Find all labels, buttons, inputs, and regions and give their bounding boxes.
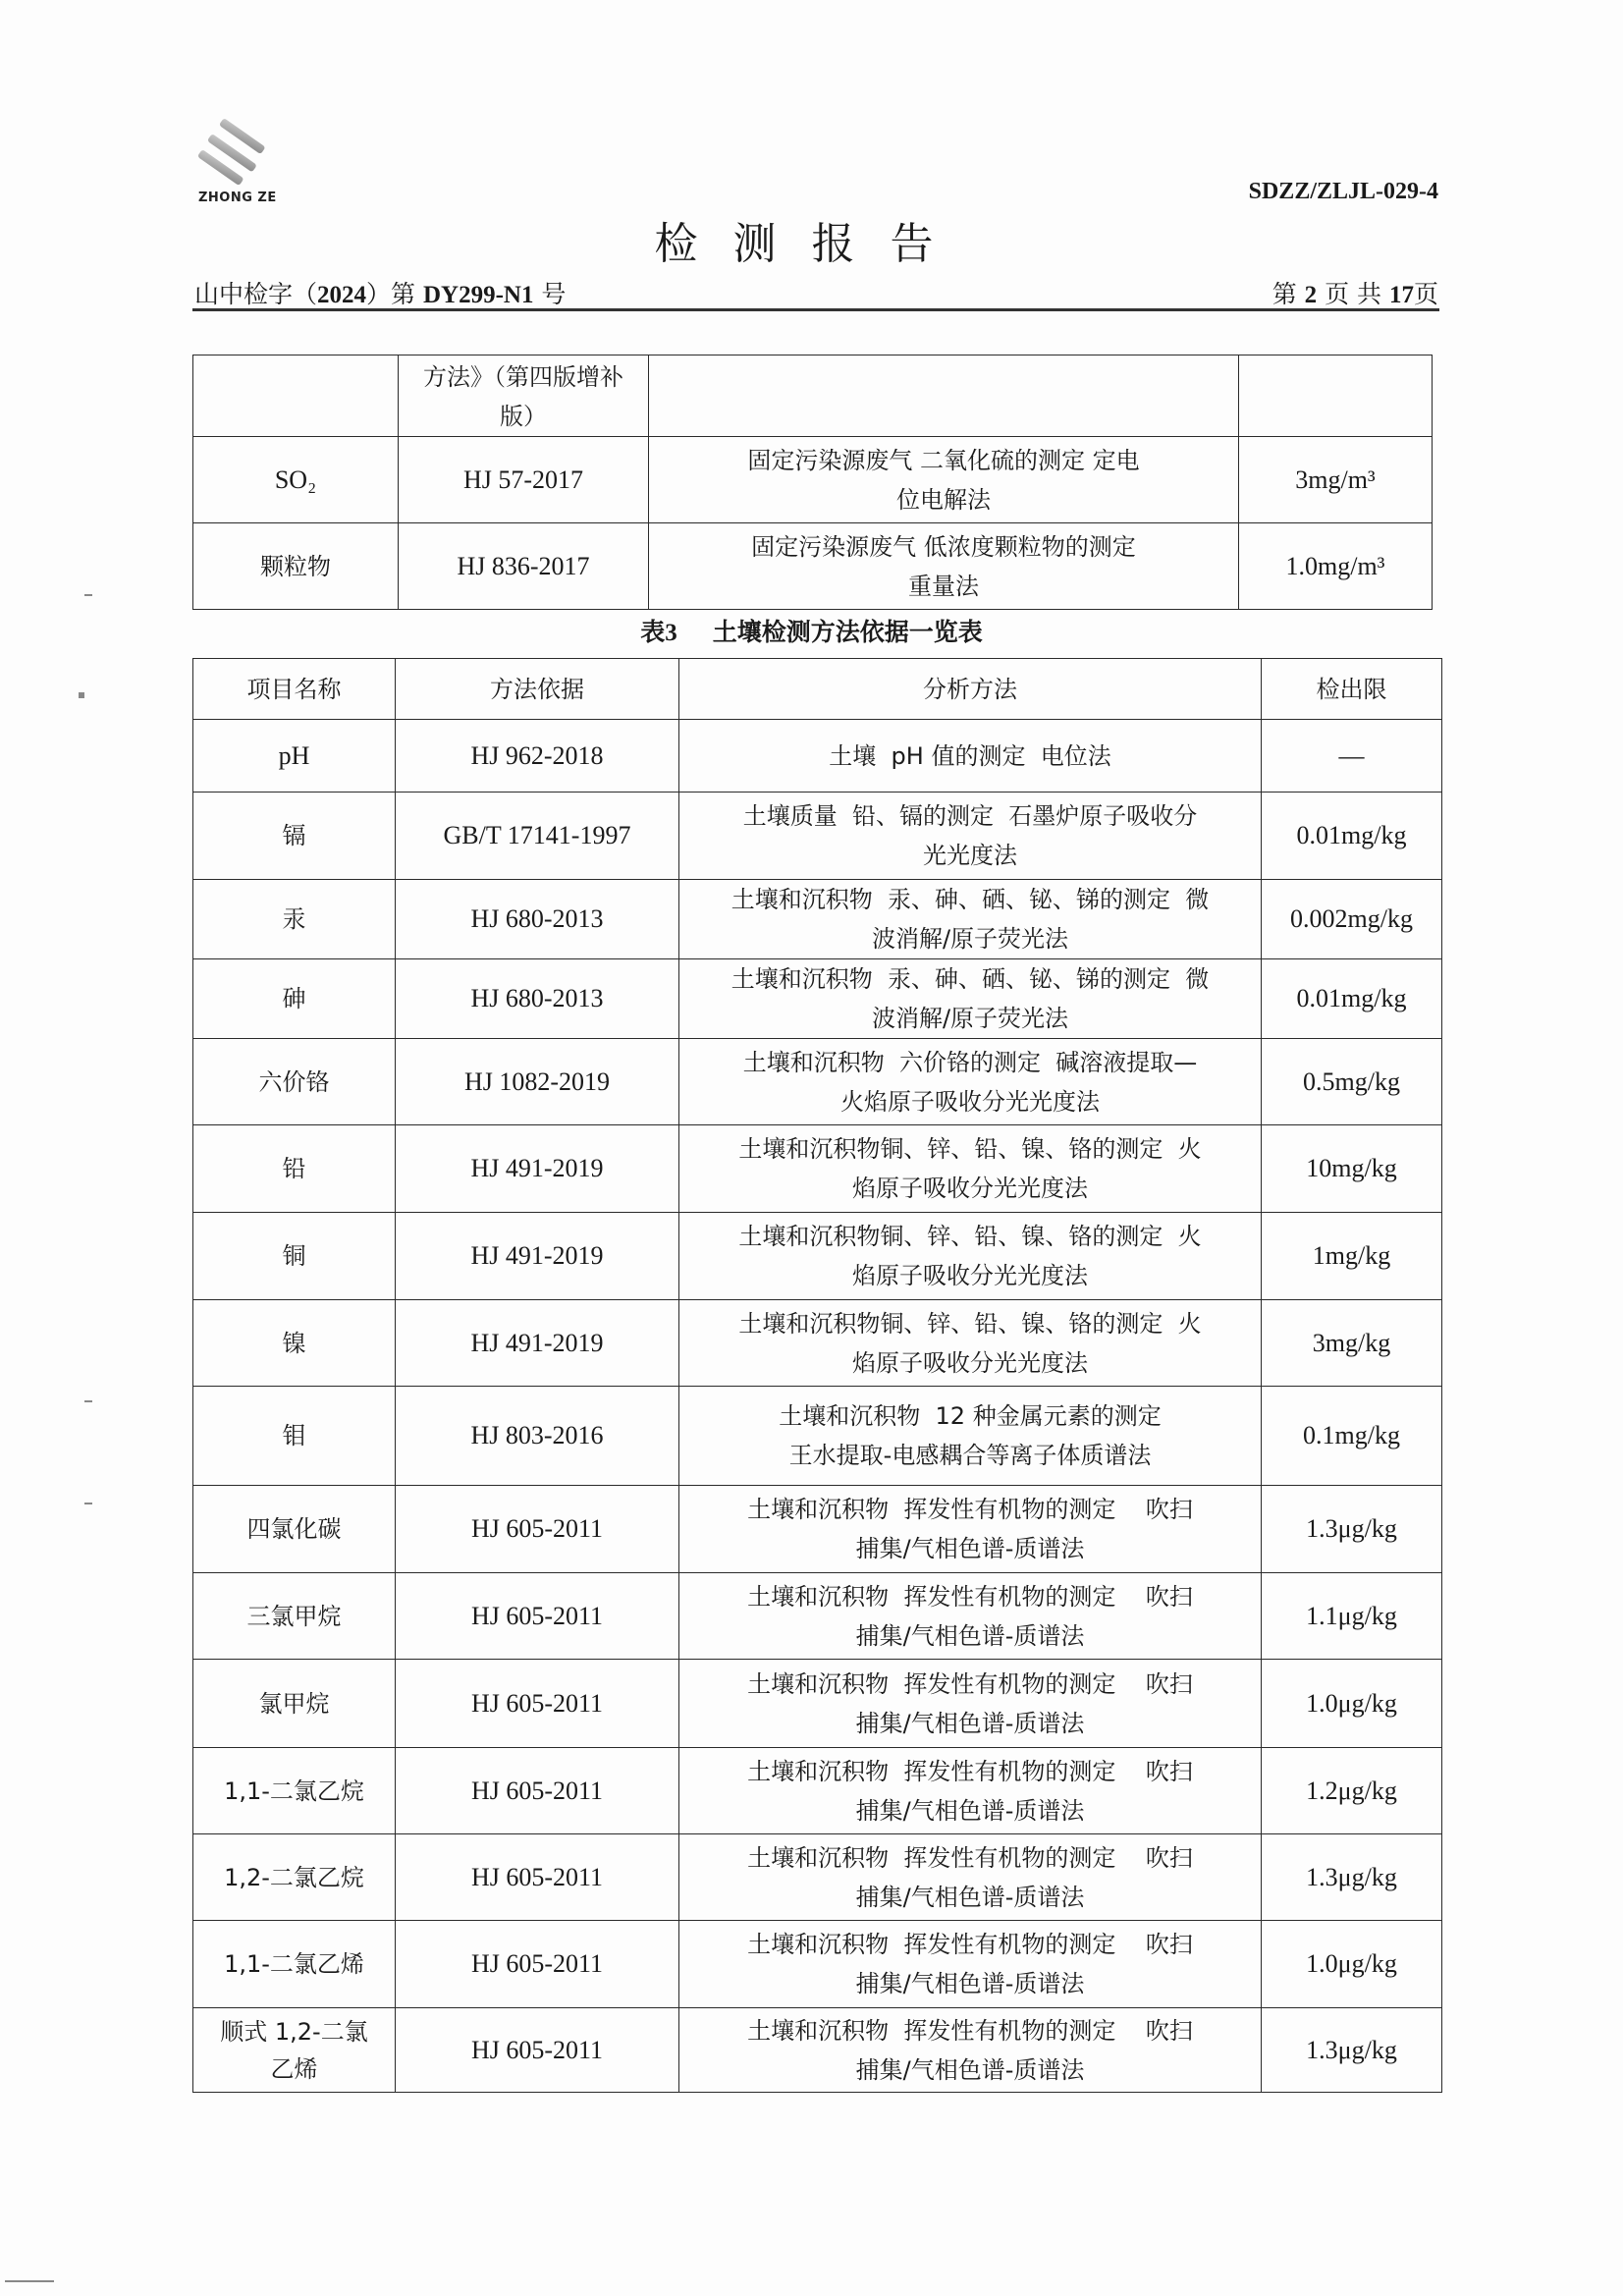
basis-cell: HJ 605-2011 — [396, 1486, 679, 1573]
item-cell: 砷 — [193, 959, 396, 1039]
limit-cell: 0.01mg/kg — [1262, 959, 1442, 1039]
limit-cell: 0.5mg/kg — [1262, 1039, 1442, 1125]
limit-cell — [1239, 355, 1433, 437]
table-row: 颗粒物 HJ 836-2017 固定污染源废气 低浓度颗粒物的测定重量法 1.0… — [193, 523, 1433, 610]
table-row: 六价铬HJ 1082-2019土壤和沉积物 六价铬的测定 碱溶液提取—火焰原子吸… — [193, 1039, 1442, 1125]
document-code: SDZZ/ZLJL-029-4 — [1249, 179, 1438, 205]
limit-cell: 10mg/kg — [1262, 1125, 1442, 1213]
item-cell: 镍 — [193, 1300, 396, 1387]
item-cell — [193, 355, 399, 437]
scan-mark — [84, 1400, 92, 1402]
table-row: 氯甲烷HJ 605-2011土壤和沉积物 挥发性有机物的测定 吹扫捕集/气相色谱… — [193, 1660, 1442, 1748]
table-row: 镍HJ 491-2019土壤和沉积物铜、锌、铅、镍、铬的测定 火焰原子吸收分光光… — [193, 1300, 1442, 1387]
basis-cell: HJ 491-2019 — [396, 1213, 679, 1300]
method-line: 焰原子吸收分光光度法 — [693, 1343, 1247, 1383]
table-row: 顺式 1,2-二氯乙烯HJ 605-2011土壤和沉积物 挥发性有机物的测定 吹… — [193, 2008, 1442, 2093]
method-cell: 土壤和沉积物 挥发性有机物的测定 吹扫捕集/气相色谱-质谱法 — [679, 1834, 1262, 1921]
basis-cell: HJ 962-2018 — [396, 720, 679, 793]
method-line: 捕集/气相色谱-质谱法 — [693, 1791, 1247, 1831]
basis-cell: HJ 1082-2019 — [396, 1039, 679, 1125]
method-cell: 土壤质量 铅、镉的测定 石墨炉原子吸收分光光度法 — [679, 793, 1262, 880]
report-number-suffix: 号 — [533, 280, 566, 308]
method-cell: 土壤和沉积物铜、锌、铅、镍、铬的测定 火焰原子吸收分光光度法 — [679, 1300, 1262, 1387]
method-line: 土壤 pH 值的测定 电位法 — [693, 737, 1247, 776]
table-header-row: 项目名称 方法依据 分析方法 检出限 — [193, 659, 1442, 720]
limit-cell: 0.002mg/kg — [1262, 880, 1442, 959]
table-row: 1,1-二氯乙烯HJ 605-2011土壤和沉积物 挥发性有机物的测定 吹扫捕集… — [193, 1921, 1442, 2008]
method-line: 土壤和沉积物 挥发性有机物的测定 吹扫 — [693, 1925, 1247, 1964]
method-line: 土壤和沉积物 汞、砷、硒、铋、锑的测定 微 — [693, 959, 1247, 999]
method-cell: 土壤和沉积物 汞、砷、硒、铋、锑的测定 微波消解/原子荧光法 — [679, 959, 1262, 1039]
method-line: 王水提取-电感耦合等离子体质谱法 — [693, 1436, 1247, 1475]
report-number-prefix: 山中检字（ — [194, 280, 317, 308]
method-line: 固定污染源废气 二氧化硫的测定 定电 — [663, 441, 1224, 480]
method-cell: 土壤和沉积物铜、锌、铅、镍、铬的测定 火焰原子吸收分光光度法 — [679, 1125, 1262, 1213]
method-cell: 土壤和沉积物 挥发性有机物的测定 吹扫捕集/气相色谱-质谱法 — [679, 1748, 1262, 1834]
basis-cell: HJ 605-2011 — [396, 1834, 679, 1921]
method-line: 土壤质量 铅、镉的测定 石墨炉原子吸收分 — [693, 796, 1247, 836]
method-line: 土壤和沉积物铜、锌、铅、镍、铬的测定 火 — [693, 1129, 1247, 1169]
method-cell — [649, 355, 1239, 437]
method-line: 捕集/气相色谱-质谱法 — [693, 1704, 1247, 1743]
basis-cell: HJ 491-2019 — [396, 1125, 679, 1213]
item-cell: 氯甲烷 — [193, 1660, 396, 1748]
table3-caption: 表3土壤检测方法依据一览表 — [0, 613, 1623, 648]
method-cell: 土壤 pH 值的测定 电位法 — [679, 720, 1262, 793]
method-cell: 土壤和沉积物 六价铬的测定 碱溶液提取—火焰原子吸收分光光度法 — [679, 1039, 1262, 1125]
caption-number: 3 — [665, 620, 677, 646]
item-cell: 六价铬 — [193, 1039, 396, 1125]
page-title: 检测报告 — [0, 208, 1623, 271]
item-cell: 铅 — [193, 1125, 396, 1213]
limit-cell: 1.2μg/kg — [1262, 1748, 1442, 1834]
header-divider — [192, 308, 1439, 311]
report-number-year: 2024 — [317, 282, 366, 308]
table-row: 1,1-二氯乙烷HJ 605-2011土壤和沉积物 挥发性有机物的测定 吹扫捕集… — [193, 1748, 1442, 1834]
report-number: 山中检字（2024）第 DY299-N1 号 — [194, 275, 566, 310]
item-line: 顺式 1,2-二氯 — [207, 2013, 381, 2050]
page-label-prefix: 第 — [1272, 280, 1305, 308]
limit-cell: 3mg/m³ — [1239, 437, 1433, 523]
basis-cell: HJ 680-2013 — [396, 880, 679, 959]
table-row: SO₂ HJ 57-2017 固定污染源废气 二氧化硫的测定 定电位电解法 3m… — [193, 437, 1433, 523]
table2-continued: 方法》（第四版增补版） SO₂ HJ 57-2017 固定污染源废气 二氧化硫的… — [192, 355, 1433, 610]
item-cell: pH — [193, 720, 396, 793]
method-line: 火焰原子吸收分光光度法 — [693, 1082, 1247, 1121]
table-row: 方法》（第四版增补版） — [193, 355, 1433, 437]
method-line: 捕集/气相色谱-质谱法 — [693, 1964, 1247, 2003]
method-line: 波消解/原子荧光法 — [693, 919, 1247, 958]
item-cell: 1,1-二氯乙烯 — [193, 1921, 396, 2008]
basis-cell: 方法》（第四版增补版） — [399, 355, 649, 437]
limit-cell: — — [1262, 720, 1442, 793]
method-line: 波消解/原子荧光法 — [693, 999, 1247, 1038]
logo-stripes-icon — [192, 116, 300, 194]
caption-prefix: 表 — [640, 618, 665, 646]
page-current: 2 — [1305, 282, 1318, 308]
page-label-suffix: 页 — [1414, 280, 1438, 308]
basis-cell: HJ 605-2011 — [396, 1573, 679, 1660]
method-cell: 土壤和沉积物 12 种金属元素的测定王水提取-电感耦合等离子体质谱法 — [679, 1387, 1262, 1486]
table-row: 汞HJ 680-2013土壤和沉积物 汞、砷、硒、铋、锑的测定 微波消解/原子荧… — [193, 880, 1442, 959]
method-cell: 土壤和沉积物铜、锌、铅、镍、铬的测定 火焰原子吸收分光光度法 — [679, 1213, 1262, 1300]
table-row: 镉GB/T 17141-1997土壤质量 铅、镉的测定 石墨炉原子吸收分光光度法… — [193, 793, 1442, 880]
limit-cell: 3mg/kg — [1262, 1300, 1442, 1387]
basis-cell: HJ 605-2011 — [396, 1921, 679, 2008]
limit-cell: 1.1μg/kg — [1262, 1573, 1442, 1660]
page-indicator: 第 2 页 共 17页 — [1272, 275, 1438, 310]
method-cell: 土壤和沉积物 挥发性有机物的测定 吹扫捕集/气相色谱-质谱法 — [679, 1573, 1262, 1660]
item-cell: 铜 — [193, 1213, 396, 1300]
basis-cell: HJ 836-2017 — [399, 523, 649, 610]
method-line: 焰原子吸收分光光度法 — [693, 1256, 1247, 1295]
limit-cell: 1.0mg/m³ — [1239, 523, 1433, 610]
company-logo: ZHONG ZE — [192, 116, 300, 209]
scan-mark — [84, 1503, 92, 1504]
table-row: 四氯化碳HJ 605-2011土壤和沉积物 挥发性有机物的测定 吹扫捕集/气相色… — [193, 1486, 1442, 1573]
method-line: 捕集/气相色谱-质谱法 — [693, 2050, 1247, 2090]
method-line: 重量法 — [663, 567, 1224, 606]
method-cell: 土壤和沉积物 挥发性有机物的测定 吹扫捕集/气相色谱-质谱法 — [679, 1486, 1262, 1573]
table-row: 钼HJ 803-2016土壤和沉积物 12 种金属元素的测定王水提取-电感耦合等… — [193, 1387, 1442, 1486]
item-cell: 镉 — [193, 793, 396, 880]
method-cell: 固定污染源废气 低浓度颗粒物的测定重量法 — [649, 523, 1239, 610]
method-line: 土壤和沉积物 挥发性有机物的测定 吹扫 — [693, 1490, 1247, 1529]
limit-cell: 1.0μg/kg — [1262, 1660, 1442, 1748]
method-line: 土壤和沉积物 12 种金属元素的测定 — [693, 1396, 1247, 1436]
method-cell: 土壤和沉积物 挥发性有机物的测定 吹扫捕集/气相色谱-质谱法 — [679, 2008, 1262, 2093]
table-row: 三氯甲烷HJ 605-2011土壤和沉积物 挥发性有机物的测定 吹扫捕集/气相色… — [193, 1573, 1442, 1660]
method-line: 土壤和沉积物 挥发性有机物的测定 吹扫 — [693, 1665, 1247, 1704]
method-line: 捕集/气相色谱-质谱法 — [693, 1616, 1247, 1656]
method-line: 土壤和沉积物 六价铬的测定 碱溶液提取— — [693, 1043, 1247, 1082]
basis-cell: HJ 605-2011 — [396, 1748, 679, 1834]
limit-cell: 1mg/kg — [1262, 1213, 1442, 1300]
header-item-name: 项目名称 — [193, 659, 396, 720]
limit-cell: 1.3μg/kg — [1262, 1834, 1442, 1921]
item-cell: SO₂ — [193, 437, 399, 523]
basis-cell: HJ 803-2016 — [396, 1387, 679, 1486]
method-cell: 土壤和沉积物 汞、砷、硒、铋、锑的测定 微波消解/原子荧光法 — [679, 880, 1262, 959]
basis-cell: GB/T 17141-1997 — [396, 793, 679, 880]
method-line: 土壤和沉积物 挥发性有机物的测定 吹扫 — [693, 1838, 1247, 1878]
page-total: 17 — [1389, 282, 1414, 308]
item-cell: 顺式 1,2-二氯乙烯 — [193, 2008, 396, 2093]
method-cell: 土壤和沉积物 挥发性有机物的测定 吹扫捕集/气相色谱-质谱法 — [679, 1921, 1262, 2008]
scan-mark — [84, 594, 92, 596]
item-cell: 颗粒物 — [193, 523, 399, 610]
limit-cell: 0.01mg/kg — [1262, 793, 1442, 880]
item-cell: 钼 — [193, 1387, 396, 1486]
logo-text: ZHONG ZE — [198, 191, 277, 205]
header-method-basis: 方法依据 — [396, 659, 679, 720]
limit-cell: 0.1mg/kg — [1262, 1387, 1442, 1486]
item-cell: 1,2-二氯乙烷 — [193, 1834, 396, 1921]
method-line: 捕集/气相色谱-质谱法 — [693, 1529, 1247, 1568]
table-row: 铅HJ 491-2019土壤和沉积物铜、锌、铅、镍、铬的测定 火焰原子吸收分光光… — [193, 1125, 1442, 1213]
table-row: 1,2-二氯乙烷HJ 605-2011土壤和沉积物 挥发性有机物的测定 吹扫捕集… — [193, 1834, 1442, 1921]
item-line: 乙烯 — [207, 2050, 381, 2088]
caption-text: 土壤检测方法依据一览表 — [713, 618, 983, 646]
method-cell: 固定污染源废气 二氧化硫的测定 定电位电解法 — [649, 437, 1239, 523]
method-line: 焰原子吸收分光光度法 — [693, 1169, 1247, 1208]
basis-cell: HJ 605-2011 — [396, 1660, 679, 1748]
limit-cell: 1.0μg/kg — [1262, 1921, 1442, 2008]
basis-cell: HJ 57-2017 — [399, 437, 649, 523]
item-cell: 四氯化碳 — [193, 1486, 396, 1573]
table3-soil-methods: 项目名称 方法依据 分析方法 检出限 pHHJ 962-2018土壤 pH 值的… — [192, 658, 1442, 2093]
method-line: 光光度法 — [693, 836, 1247, 875]
item-cell: 三氯甲烷 — [193, 1573, 396, 1660]
report-number-mid: ）第 — [366, 280, 423, 308]
method-cell: 土壤和沉积物 挥发性有机物的测定 吹扫捕集/气相色谱-质谱法 — [679, 1660, 1262, 1748]
scan-mark — [79, 692, 84, 698]
table-row: pHHJ 962-2018土壤 pH 值的测定 电位法— — [193, 720, 1442, 793]
method-line: 土壤和沉积物 挥发性有机物的测定 吹扫 — [693, 2011, 1247, 2050]
method-line: 土壤和沉积物铜、锌、铅、镍、铬的测定 火 — [693, 1304, 1247, 1343]
method-line: 土壤和沉积物 汞、砷、硒、铋、锑的测定 微 — [693, 880, 1247, 919]
scan-mark — [5, 2280, 54, 2282]
basis-cell: HJ 605-2011 — [396, 2008, 679, 2093]
header-analysis-method: 分析方法 — [679, 659, 1262, 720]
method-line: 土壤和沉积物 挥发性有机物的测定 吹扫 — [693, 1752, 1247, 1791]
report-number-code: DY299-N1 — [423, 282, 534, 308]
item-cell: 汞 — [193, 880, 396, 959]
page-label-mid: 页 共 — [1317, 280, 1389, 308]
method-line: 固定污染源废气 低浓度颗粒物的测定 — [663, 527, 1224, 567]
method-line: 位电解法 — [663, 480, 1224, 519]
table-row: 铜HJ 491-2019土壤和沉积物铜、锌、铅、镍、铬的测定 火焰原子吸收分光光… — [193, 1213, 1442, 1300]
limit-cell: 1.3μg/kg — [1262, 2008, 1442, 2093]
limit-cell: 1.3μg/kg — [1262, 1486, 1442, 1573]
method-line: 捕集/气相色谱-质谱法 — [693, 1878, 1247, 1917]
item-cell: 1,1-二氯乙烷 — [193, 1748, 396, 1834]
table-row: 砷HJ 680-2013土壤和沉积物 汞、砷、硒、铋、锑的测定 微波消解/原子荧… — [193, 959, 1442, 1039]
header-detection-limit: 检出限 — [1262, 659, 1442, 720]
basis-cell: HJ 680-2013 — [396, 959, 679, 1039]
method-line: 土壤和沉积物铜、锌、铅、镍、铬的测定 火 — [693, 1217, 1247, 1256]
method-line: 土壤和沉积物 挥发性有机物的测定 吹扫 — [693, 1577, 1247, 1616]
basis-cell: HJ 491-2019 — [396, 1300, 679, 1387]
